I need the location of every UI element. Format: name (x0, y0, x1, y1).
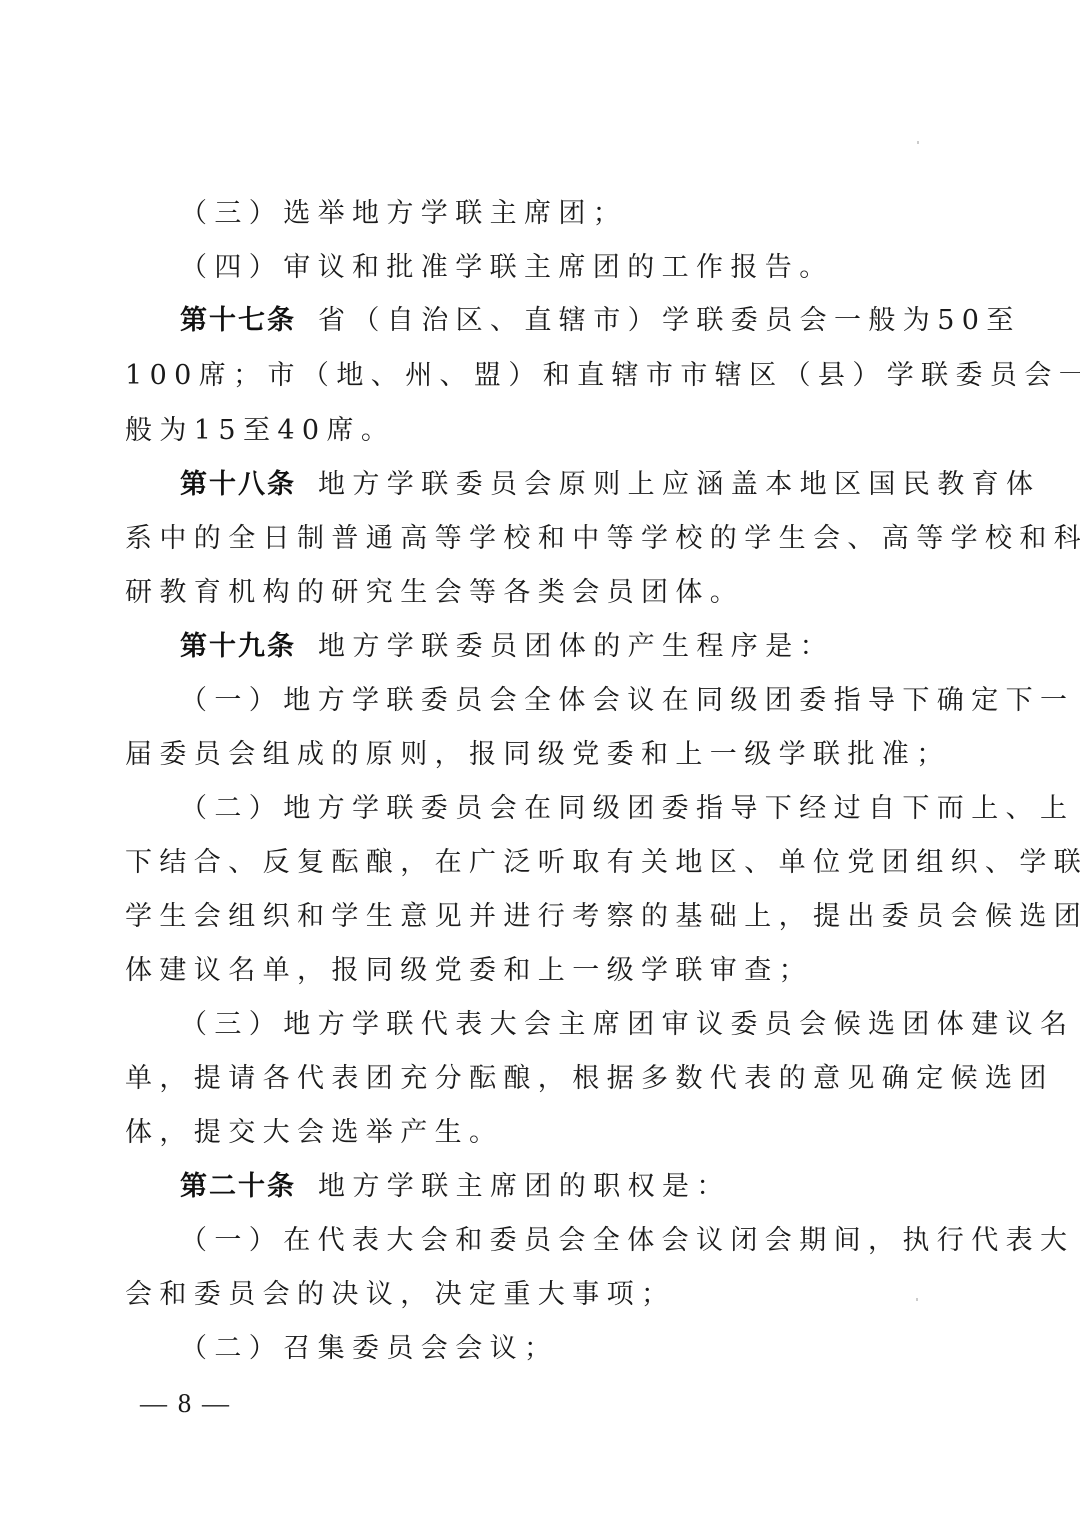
line-text: 届委员会组成的原则，报同级党委和上一级学联批准； (125, 739, 951, 770)
article-heading: 第二十条 (180, 1171, 296, 1202)
paragraph-line: 学生会组织和学生意见并进行考察的基础上，提出委员会候选团 (125, 899, 935, 935)
line-text: 体，提交大会选举产生。 (125, 1117, 503, 1148)
line-text: 研教育机构的研究生会等各类会员团体。 (125, 577, 744, 608)
article-17-line: 第十七条省（自治区、直辖市）学联委员会一般为50至 (180, 303, 935, 339)
line-text: （一）地方学联委员会全体会议在同级团委指导下确定下一 (180, 685, 1074, 716)
paragraph-line: 研教育机构的研究生会等各类会员团体。 (125, 575, 935, 611)
line-text: （一）在代表大会和委员会全体会议闭会期间，执行代表大 (180, 1225, 1074, 1256)
document-page: （三）选举地方学联主席团； （四）审议和批准学联主席团的工作报告。 第十七条省（… (0, 0, 1080, 1527)
paragraph-line: 下结合、反复酝酿，在广泛听取有关地区、单位党团组织、学联 (125, 845, 935, 881)
paragraph-line: 会和委员会的决议，决定重大事项； (125, 1277, 935, 1313)
paragraph-line: （三）选举地方学联主席团； (180, 196, 935, 232)
line-text: 会和委员会的决议，决定重大事项； (125, 1279, 675, 1310)
line-text: 般为15至40席。 (125, 415, 395, 446)
scan-speck (917, 141, 919, 144)
line-text: （四）审议和批准学联主席团的工作报告。 (180, 252, 834, 283)
line-text: 单，提请各代表团充分酝酿，根据多数代表的意见确定候选团 (125, 1063, 1054, 1094)
paragraph-line: 般为15至40席。 (125, 413, 935, 449)
line-text: 省（自治区、直辖市）学联委员会一般为50至 (318, 305, 1021, 336)
line-text: （三）地方学联代表大会主席团审议委员会候选团体建议名 (180, 1009, 1074, 1040)
paragraph-line: （四）审议和批准学联主席团的工作报告。 (180, 250, 935, 286)
paragraph-line: 系中的全日制普通高等学校和中等学校的学生会、高等学校和科 (125, 521, 935, 557)
paragraph-line: （二）召集委员会会议； (180, 1331, 935, 1367)
article-heading: 第十八条 (180, 469, 296, 500)
line-text: 地方学联主席团的职权是： (318, 1171, 731, 1202)
scan-speck (916, 1298, 918, 1301)
line-text: （二）召集委员会会议； (180, 1333, 558, 1364)
paragraph-line: 100席；市（地、州、盟）和直辖市市辖区（县）学联委员会一 (125, 358, 935, 394)
page-number: — 8 — (140, 1385, 231, 1421)
article-heading: 第十七条 (180, 305, 296, 336)
paragraph-line: 体建议名单，报同级党委和上一级学联审查； (125, 953, 935, 989)
line-text: 下结合、反复酝酿，在广泛听取有关地区、单位党团组织、学联 (125, 847, 1080, 878)
line-text: 地方学联委员团体的产生程序是： (318, 631, 834, 662)
line-text: 体建议名单，报同级党委和上一级学联审查； (125, 955, 813, 986)
line-text: （二）地方学联委员会在同级团委指导下经过自下而上、上 (180, 793, 1074, 824)
paragraph-line: （一）地方学联委员会全体会议在同级团委指导下确定下一 (180, 683, 935, 719)
article-heading: 第十九条 (180, 631, 296, 662)
line-text: （三）选举地方学联主席团； (180, 198, 627, 229)
paragraph-line: 单，提请各代表团充分酝酿，根据多数代表的意见确定候选团 (125, 1061, 935, 1097)
article-20-line: 第二十条地方学联主席团的职权是： (180, 1169, 935, 1205)
paragraph-line: 届委员会组成的原则，报同级党委和上一级学联批准； (125, 737, 935, 773)
paragraph-line: （二）地方学联委员会在同级团委指导下经过自下而上、上 (180, 791, 935, 827)
paragraph-line: （一）在代表大会和委员会全体会议闭会期间，执行代表大 (180, 1223, 935, 1259)
paragraph-line: （三）地方学联代表大会主席团审议委员会候选团体建议名 (180, 1007, 935, 1043)
line-text: 学生会组织和学生意见并进行考察的基础上，提出委员会候选团 (125, 901, 1080, 932)
line-text: 地方学联委员会原则上应涵盖本地区国民教育体 (318, 469, 1040, 500)
line-text: 系中的全日制普通高等学校和中等学校的学生会、高等学校和科 (125, 523, 1080, 554)
article-19-line: 第十九条地方学联委员团体的产生程序是： (180, 629, 935, 665)
line-text: 100席；市（地、州、盟）和直辖市市辖区（县）学联委员会一 (125, 360, 1080, 391)
article-18-line: 第十八条地方学联委员会原则上应涵盖本地区国民教育体 (180, 467, 935, 503)
paragraph-line: 体，提交大会选举产生。 (125, 1115, 935, 1151)
